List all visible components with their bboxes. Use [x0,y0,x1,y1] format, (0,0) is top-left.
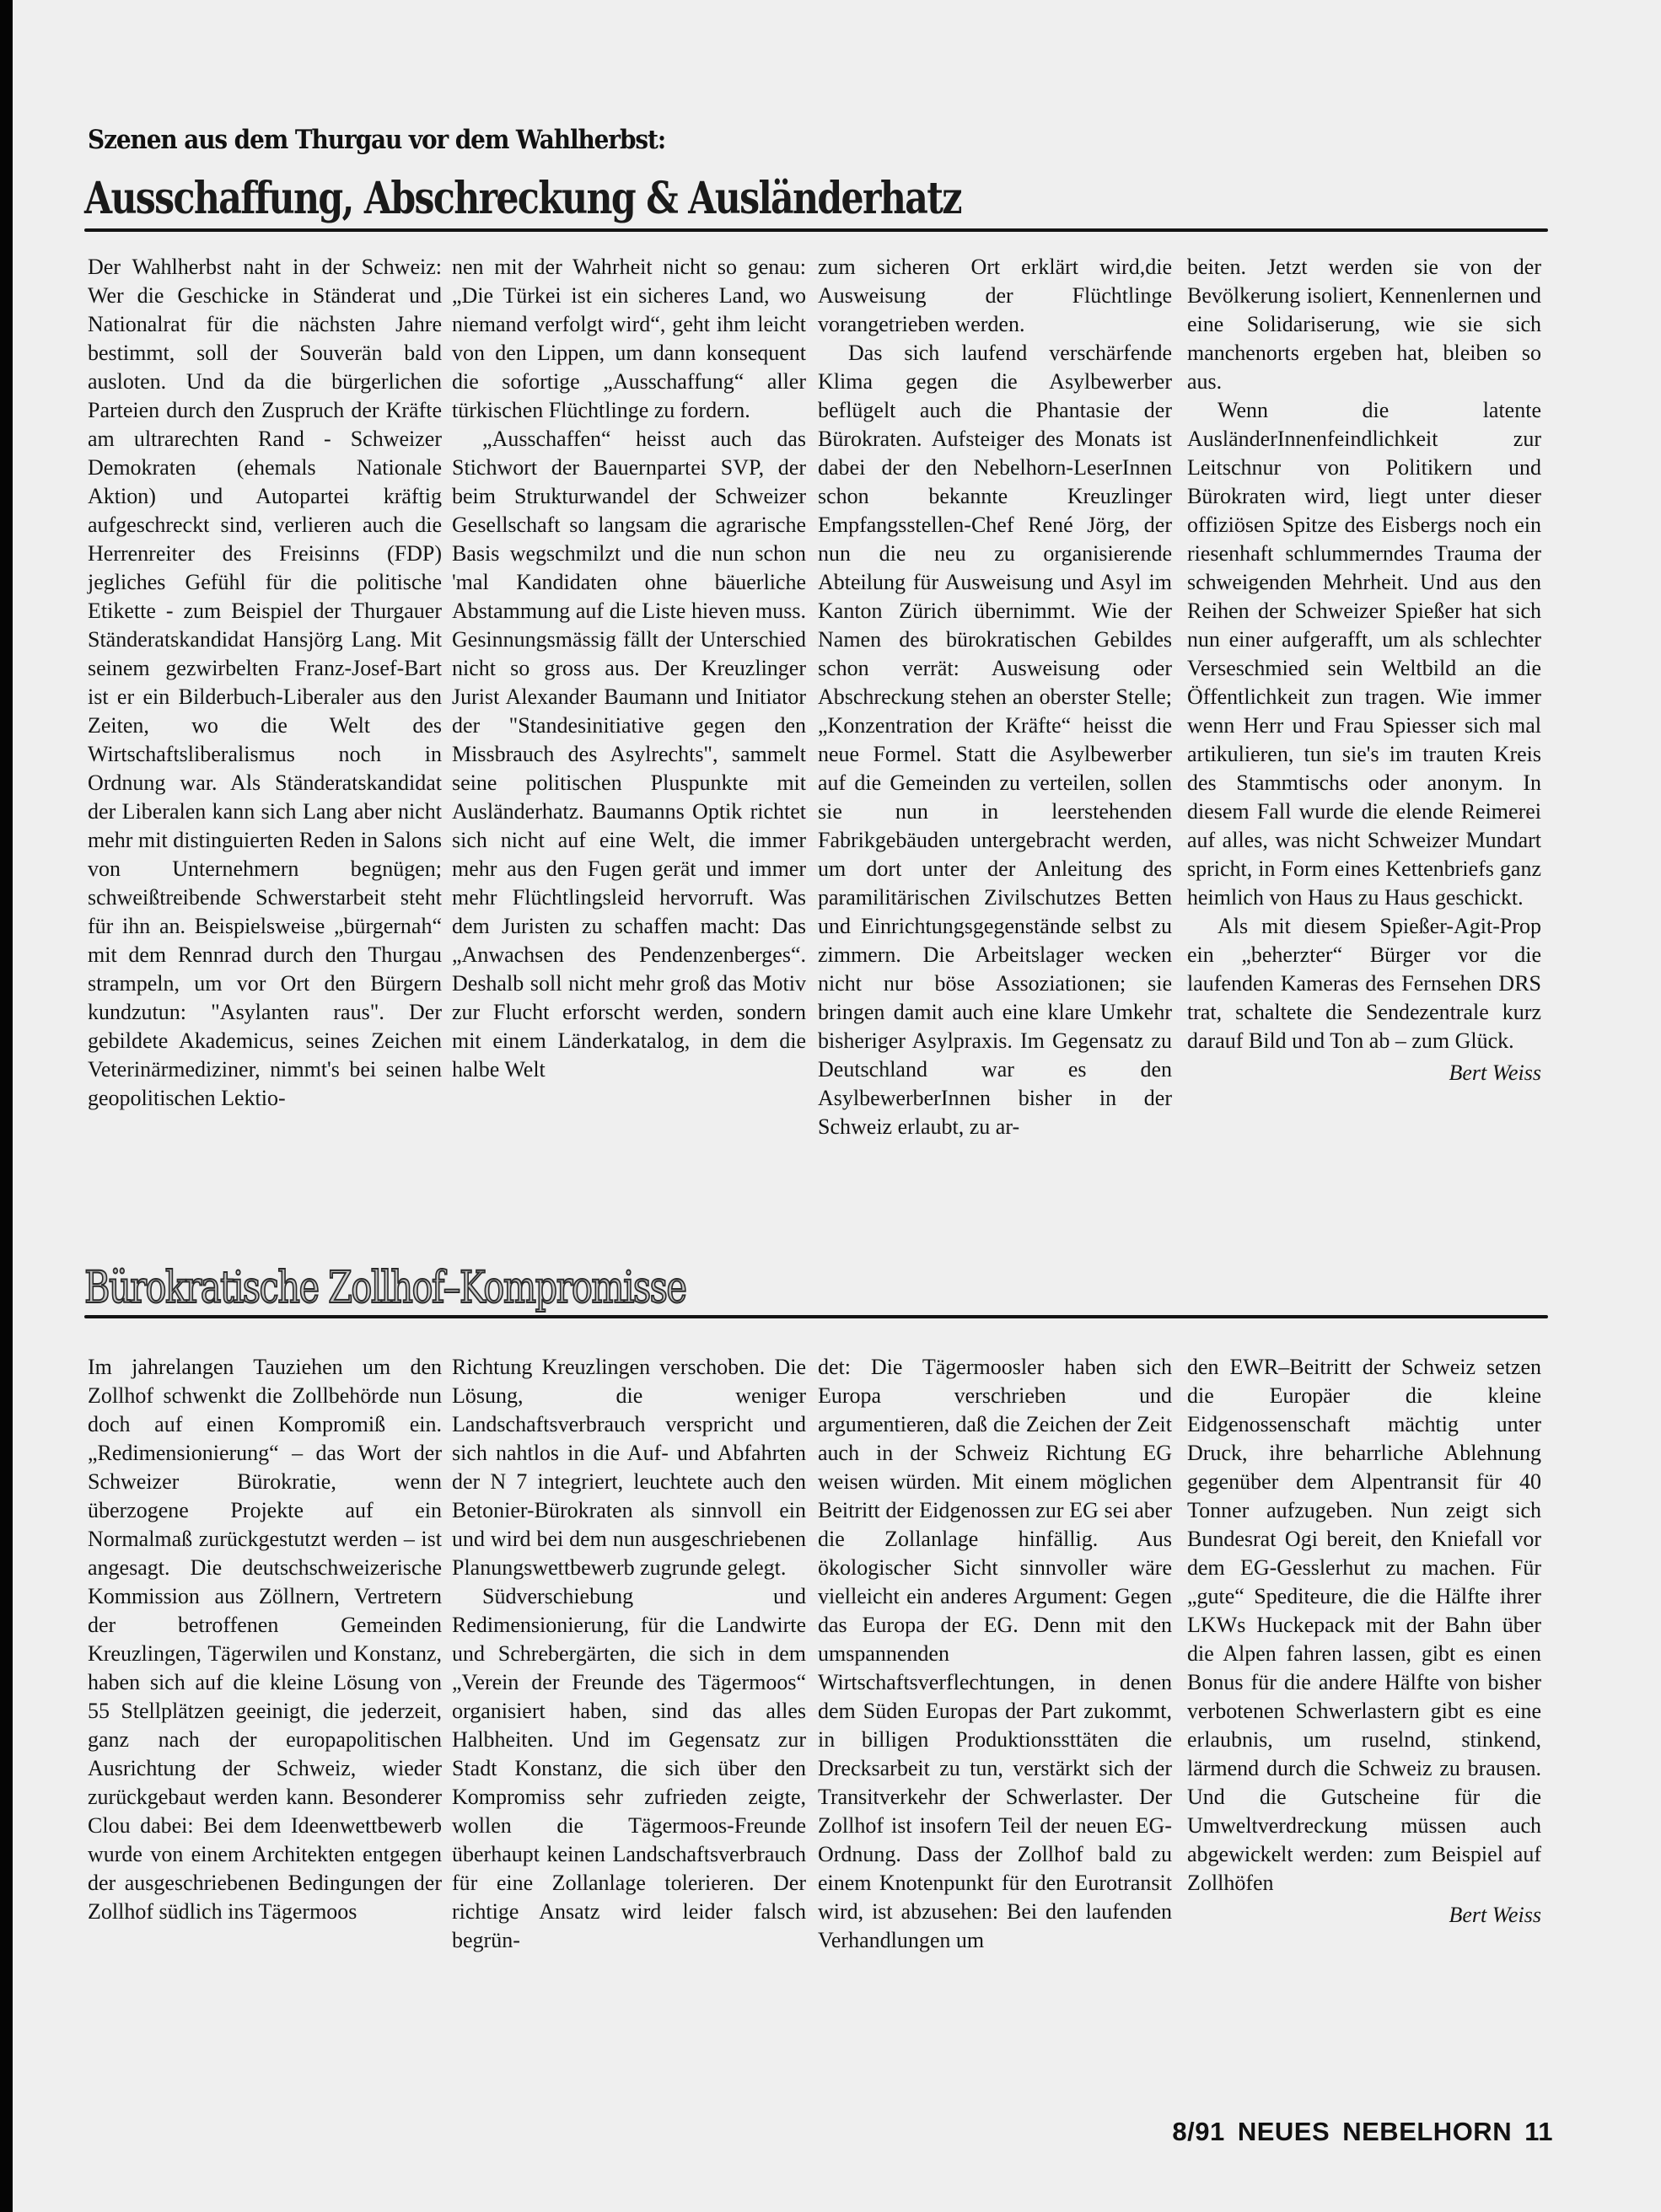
paragraph: Südverschiebung und Redimensionierung, f… [452,1582,806,1955]
issue-number: 8/91 [1172,2117,1224,2146]
paragraph: zum sicheren Ort erklärt wird,die Auswei… [818,253,1172,339]
paragraph: „Ausschaffen“ heisst auch das Stichwort … [452,425,806,1084]
article2-column-3: det: Die Tägermoosler haben sich Europa … [818,1353,1172,2053]
paragraph: Das sich laufend verschärfende Klima geg… [818,339,1172,1141]
page-footer: 8/91 NEUES NEBELHORN 11 [1172,2117,1553,2147]
publication-name: NEUES NEBELHORN [1238,2117,1512,2146]
article1-column-1: Der Wahlherbst naht in der Schweiz: Wer … [88,253,442,1231]
paragraph: Im jahrelangen Tauziehen um den Zollhof … [88,1353,442,1926]
article2-column-2: Richtung Kreuzlingen verschoben. Die Lös… [452,1353,806,2053]
paragraph: den EWR–Beitritt der Schweiz setzen die … [1187,1353,1541,1898]
article1-rule [84,228,1548,232]
article2-column-1: Im jahrelangen Tauziehen um den Zollhof … [88,1353,442,2053]
article1-column-3: zum sicheren Ort erklärt wird,die Auswei… [818,253,1172,1231]
paragraph: Als mit diesem Spießer-Agit-Prop ein „be… [1187,912,1541,1055]
paragraph: det: Die Tägermoosler haben sich Europa … [818,1353,1172,1955]
article1-column-2: nen mit der Wahrheit nicht so genau: „Di… [452,253,806,1231]
article1-column-4: beiten. Jetzt werden sie von der Bevölke… [1187,253,1541,1231]
paragraph: beiten. Jetzt werden sie von der Bevölke… [1187,253,1541,396]
article1-kicker: Szenen aus dem Thurgau vor dem Wahlherbs… [88,125,665,155]
article2-rule [84,1315,1548,1318]
paragraph: Richtung Kreuzlingen verschoben. Die Lös… [452,1353,806,1582]
article2-author: Bert Weiss [1187,1901,1541,1930]
paragraph: Der Wahlherbst naht in der Schweiz: Wer … [88,253,442,1113]
article1-author: Bert Weiss [1187,1059,1541,1087]
article2-column-4: den EWR–Beitritt der Schweiz setzen die … [1187,1353,1541,2053]
article1-headline: Ausschaffung, Abschreckung & Ausländerha… [84,173,961,224]
paragraph: Wenn die latente AusländerInnenfeindlich… [1187,396,1541,912]
page-number: 11 [1524,2117,1553,2146]
scan-edge [0,0,13,2212]
article2-headline: Bürokratische Zollhof–Kompromisse [84,1263,685,1313]
paragraph: nen mit der Wahrheit nicht so genau: „Di… [452,253,806,425]
